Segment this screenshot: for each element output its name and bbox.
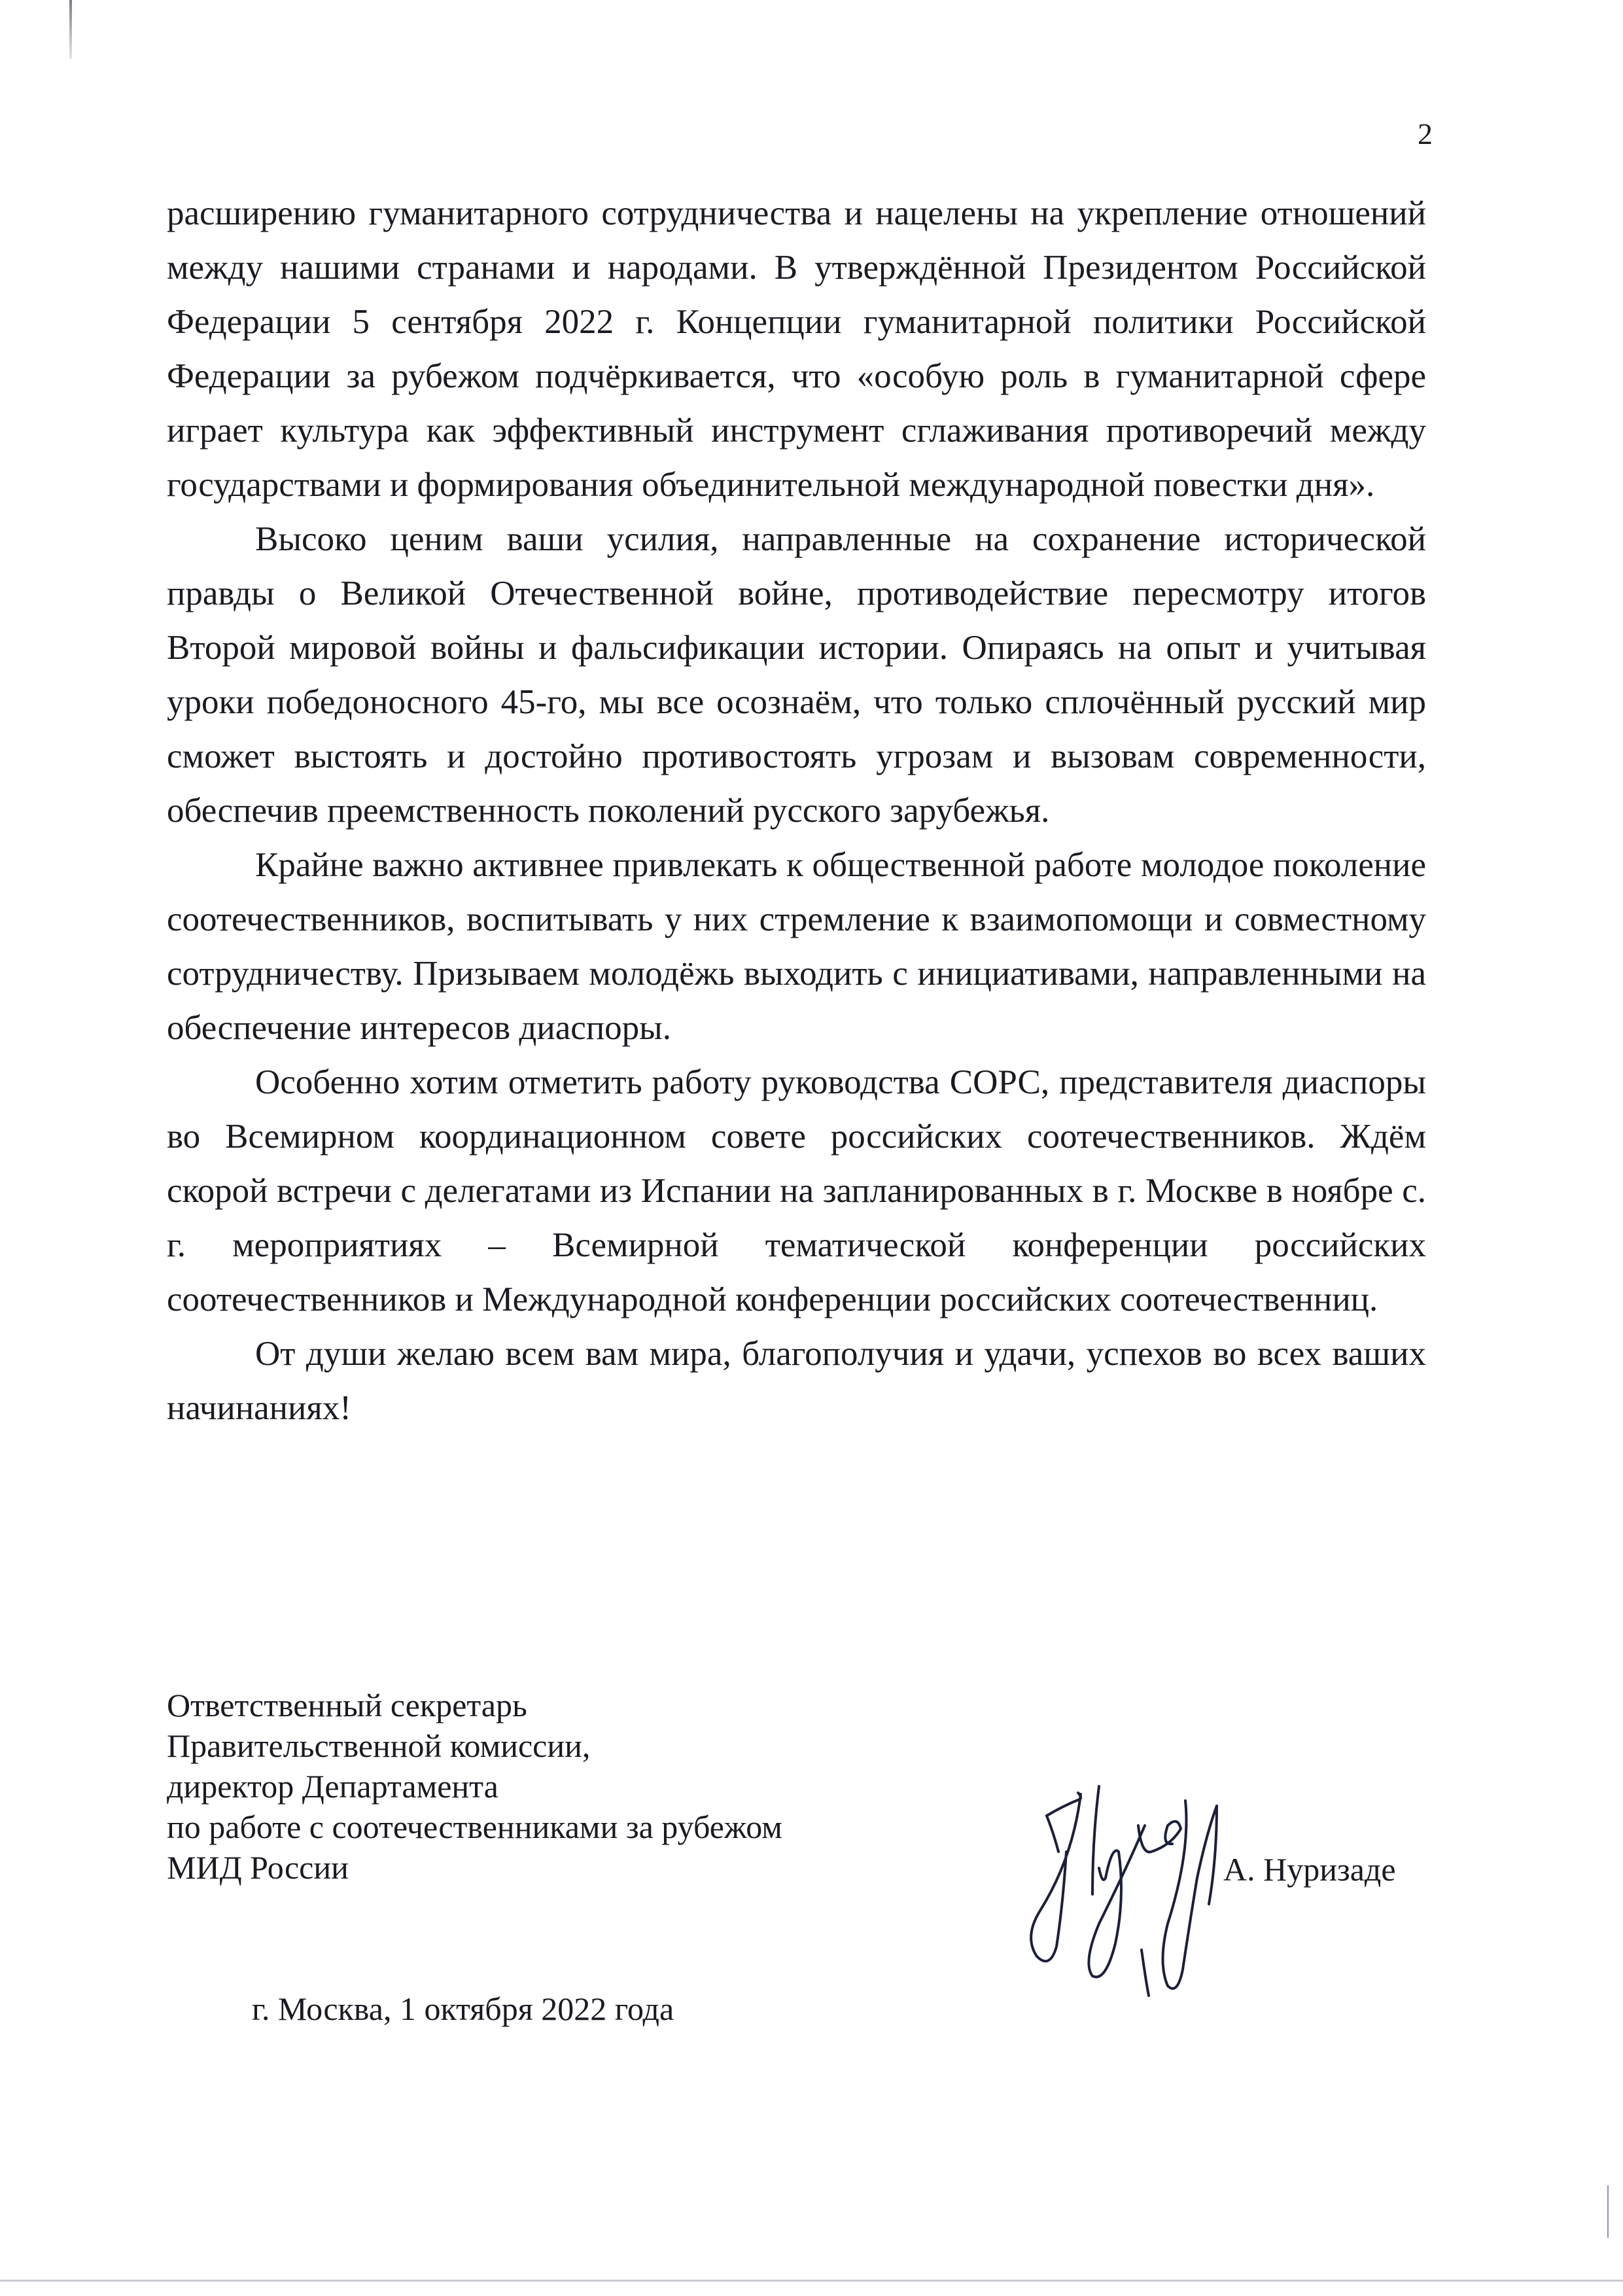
- page-number: 2: [1406, 118, 1433, 150]
- signer-name: А. Нуризаде: [1223, 1850, 1396, 1889]
- paragraph-5: От души желаю всем вам мира, благополучи…: [167, 1327, 1426, 1436]
- paragraph-1: расширению гуманитарного сотрудничества …: [167, 186, 1426, 512]
- scan-artifact-edge: [1607, 2185, 1609, 2238]
- place-and-date: г. Москва, 1 октября 2022 года: [252, 1989, 674, 2028]
- signatory-title-line: по работе с соотечественниками за рубежо…: [167, 1807, 782, 1847]
- signatory-title-line: директор Департамента: [167, 1766, 782, 1807]
- scan-artifact-bottom-edge: [0, 2280, 1623, 2282]
- scan-artifact-mark: [69, 0, 72, 59]
- paragraph-3: Крайне важно активнее привлекать к общес…: [167, 838, 1426, 1055]
- signatory-title-line: Правительственной комиссии,: [167, 1725, 782, 1766]
- signatory-title-line: Ответственный секретарь: [167, 1685, 782, 1725]
- signatory-title-block: Ответственный секретарь Правительственно…: [167, 1685, 782, 1888]
- letter-body: расширению гуманитарного сотрудничества …: [167, 186, 1426, 1436]
- paragraph-4: Особенно хотим отметить работу руководст…: [167, 1055, 1426, 1327]
- signatory-title-line: МИД России: [167, 1847, 782, 1888]
- paragraph-2: Высоко ценим ваши усилия, направленные н…: [167, 512, 1426, 838]
- document-page: 2 расширению гуманитарного сотрудничеств…: [0, 0, 1623, 2296]
